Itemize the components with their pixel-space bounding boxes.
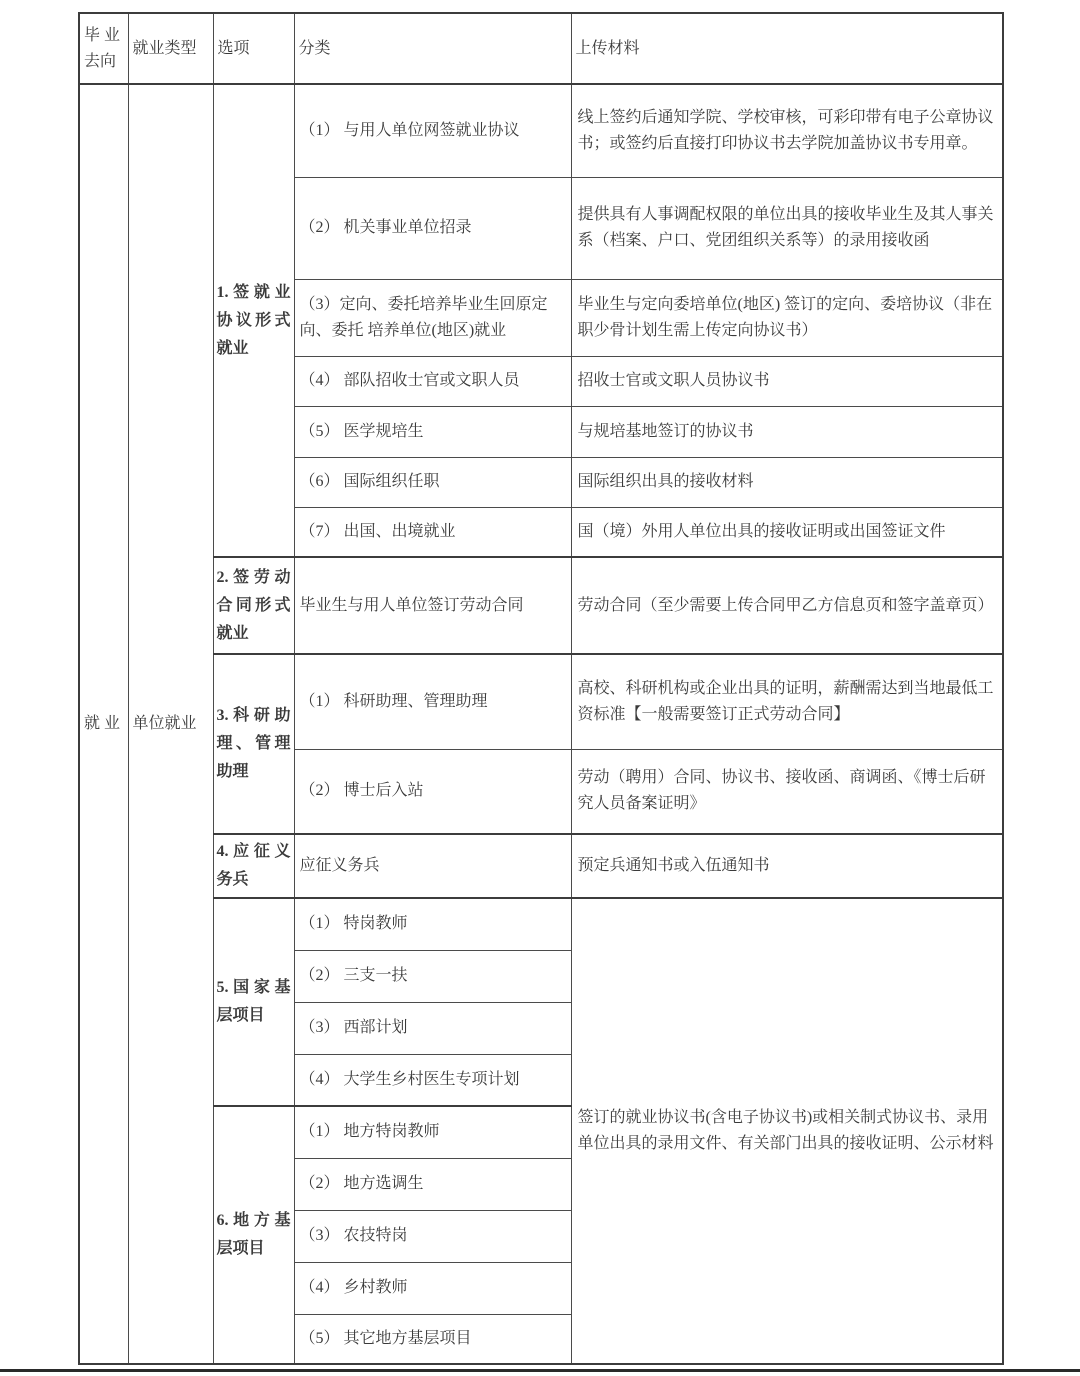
material-cell: 与规培基地签订的协议书	[571, 406, 1003, 457]
table-row: 4.应征义务兵 应征义务兵 预定兵通知书或入伍通知书	[79, 834, 1003, 898]
material-cell: 线上签约后通知学院、学校审核，可彩印带有电子公章协议书；或签约后直接打印协议书去…	[571, 84, 1003, 177]
material-cell: 毕业生与定向委培单位(地区) 签订的定向、委培协议（非在职少骨计划生需上传定向协…	[571, 279, 1003, 356]
category-cell: （7） 出国、出境就业	[294, 507, 571, 557]
category-cell: （5） 医学规培生	[294, 406, 571, 457]
category-cell: （4） 乡村教师	[294, 1262, 571, 1314]
header-cell-option: 选项	[213, 13, 294, 84]
category-cell: （2） 博士后入站	[294, 749, 571, 834]
cell-employment-type: 单位就业	[128, 84, 213, 1364]
option-cell-5: 5.国家基层项目	[213, 898, 294, 1106]
option-cell-3: 3.科研助理、管理助理	[213, 654, 294, 834]
option-cell-4: 4.应征义务兵	[213, 834, 294, 898]
table-row: 5.国家基层项目 （1） 特岗教师 签订的就业协议书(含电子协议书)或相关制式协…	[79, 898, 1003, 950]
category-cell: （3） 西部计划	[294, 1002, 571, 1054]
category-cell: 应征义务兵	[294, 834, 571, 898]
category-cell: （4） 部队招收士官或文职人员	[294, 356, 571, 406]
cell-destination: 就 业	[79, 84, 128, 1364]
category-cell: （2） 机关事业单位招录	[294, 177, 571, 279]
material-cell: 国（境）外用人单位出具的接收证明或出国签证文件	[571, 507, 1003, 557]
category-cell: （1） 地方特岗教师	[294, 1106, 571, 1158]
header-cell-destination: 毕 业去向	[79, 13, 128, 84]
page-bottom-divider	[0, 1369, 1080, 1372]
header-cell-employment-type: 就业类型	[128, 13, 213, 84]
category-cell: （3） 农技特岗	[294, 1210, 571, 1262]
employment-table: 毕 业去向 就业类型 选项 分类 上传材料 就 业 单位就业 1.签就业协议形式…	[78, 12, 1004, 1365]
material-cell: 招收士官或文职人员协议书	[571, 356, 1003, 406]
option-cell-1: 1.签就业协议形式就业	[213, 84, 294, 557]
category-cell: （1） 与用人单位网签就业协议	[294, 84, 571, 177]
material-cell: 提供具有人事调配权限的单位出具的接收毕业生及其人事关系（档案、户口、党团组织关系…	[571, 177, 1003, 279]
category-cell: （1） 特岗教师	[294, 898, 571, 950]
material-cell: 签订的就业协议书(含电子协议书)或相关制式协议书、录用单位出具的录用文件、有关部…	[571, 898, 1003, 1364]
document-page: { "table": { "header": { "c1": "毕 业去向", …	[0, 0, 1080, 1376]
option-cell-6: 6.地方基层项目	[213, 1106, 294, 1364]
category-cell: （1） 科研助理、管理助理	[294, 654, 571, 749]
category-cell: （2） 三支一扶	[294, 950, 571, 1002]
header-cell-category: 分类	[294, 13, 571, 84]
material-cell: 劳动合同（至少需要上传合同甲乙方信息页和签字盖章页）	[571, 557, 1003, 654]
category-cell: （2） 地方选调生	[294, 1158, 571, 1210]
header-row: 毕 业去向 就业类型 选项 分类 上传材料	[79, 13, 1003, 84]
material-cell: 劳动（聘用）合同、协议书、接收函、商调函、《博士后研究人员备案证明》	[571, 749, 1003, 834]
option-cell-2: 2.签劳动合同形式就业	[213, 557, 294, 654]
header-cell-material: 上传材料	[571, 13, 1003, 84]
category-cell: （5） 其它地方基层项目	[294, 1314, 571, 1364]
category-cell: （6） 国际组织任职	[294, 457, 571, 507]
material-cell: 国际组织出具的接收材料	[571, 457, 1003, 507]
material-cell: 高校、科研机构或企业出具的证明，薪酬需达到当地最低工资标准【一般需要签订正式劳动…	[571, 654, 1003, 749]
table-row: 2.签劳动合同形式就业 毕业生与用人单位签订劳动合同 劳动合同（至少需要上传合同…	[79, 557, 1003, 654]
table-row: 就 业 单位就业 1.签就业协议形式就业 （1） 与用人单位网签就业协议 线上签…	[79, 84, 1003, 177]
category-cell: （4） 大学生乡村医生专项计划	[294, 1054, 571, 1106]
category-cell: （3）定向、委托培养毕业生回原定向、委托 培养单位(地区)就业	[294, 279, 571, 356]
category-cell: 毕业生与用人单位签订劳动合同	[294, 557, 571, 654]
material-cell: 预定兵通知书或入伍通知书	[571, 834, 1003, 898]
table-row: 3.科研助理、管理助理 （1） 科研助理、管理助理 高校、科研机构或企业出具的证…	[79, 654, 1003, 749]
